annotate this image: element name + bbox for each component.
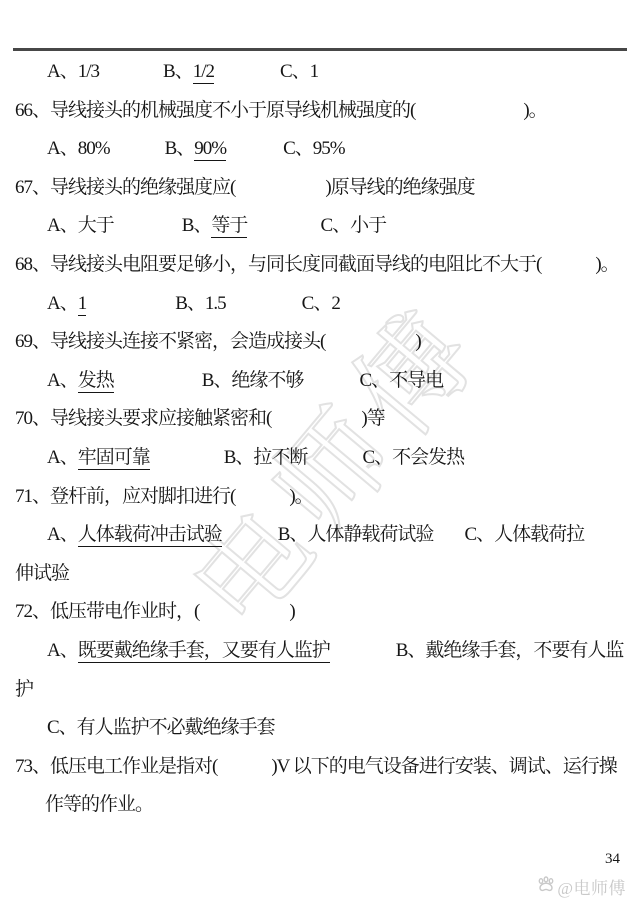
option-gap	[214, 72, 280, 73]
text-run: A、1/3	[47, 61, 99, 82]
text-run: B、	[163, 61, 193, 82]
options-line: A、80%B、90%C、95%	[15, 130, 640, 169]
option-gap	[247, 227, 320, 228]
corner-watermark: @电师傅	[537, 874, 626, 899]
text-run: B、拉不断	[224, 447, 308, 468]
options-line: A、既要戴绝缘手套，又要有人监护B、戴绝缘手套，不要有人监	[15, 632, 640, 671]
text-run: 67、导线接头的绝缘强度应( )原导线的绝缘强度	[15, 177, 475, 198]
option-gap	[433, 535, 464, 536]
text-run: 73、低压电工作业是指对( )V 以下的电气设备进行安装、调试、运行操	[15, 756, 617, 777]
question-line: 72、低压带电作业时，( )	[15, 593, 640, 632]
wrap-line: 伸试验	[15, 555, 640, 594]
question-line: 69、导线接头连接不紧密，会造成接头( )	[15, 323, 640, 362]
text-run: C、小于	[320, 215, 386, 236]
option-gap	[99, 72, 163, 73]
text-run: 70、导线接头要求应接触紧密和( )等	[15, 408, 385, 429]
paw-icon	[537, 876, 555, 897]
question-line: 71、登杆前，应对脚扣进行( )。	[15, 478, 640, 517]
text-run: C、人体载荷拉	[464, 524, 584, 545]
text-run: C、95%	[283, 138, 345, 159]
answer-underlined: 90%	[194, 138, 226, 161]
text-run: 护	[15, 679, 33, 700]
text-run: C、不导电	[359, 370, 443, 391]
option-gap	[303, 381, 359, 382]
text-run: A、大于	[47, 215, 114, 236]
answer-underlined: 1/2	[193, 61, 214, 84]
wrap-line: 护	[15, 671, 640, 710]
option-gap	[226, 304, 302, 305]
answer-underlined: 牢固可靠	[78, 447, 150, 470]
text-run: A、	[47, 524, 78, 545]
page-number: 34	[605, 851, 620, 868]
option-gap	[150, 458, 224, 459]
option-gap	[86, 304, 175, 305]
question-line: 67、导线接头的绝缘强度应( )原导线的绝缘强度	[15, 169, 640, 208]
wrap-indent-line: 作等的作业。	[15, 786, 640, 825]
text-run: A、	[47, 370, 78, 391]
options-line: A、1B、1.5C、2	[15, 285, 640, 324]
question-line: 73、低压电工作业是指对( )V 以下的电气设备进行安装、调试、运行操	[15, 748, 640, 787]
answer-underlined: 1	[78, 293, 87, 316]
text-run: 作等的作业。	[45, 794, 153, 815]
corner-watermark-text: @电师傅	[557, 874, 626, 899]
text-run: A、	[47, 447, 78, 468]
answer-underlined: 等于	[211, 215, 247, 238]
text-run: B、	[182, 215, 212, 236]
text-run: B、	[165, 138, 195, 159]
options-line: A、人体载荷冲击试验B、人体静载荷试验C、人体载荷拉	[15, 516, 640, 555]
text-run: B、人体静载荷试验	[278, 524, 434, 545]
text-run: A、80%	[47, 138, 110, 159]
options-line: A、牢固可靠B、拉不断C、不会发热	[15, 439, 640, 478]
option-gap	[114, 381, 202, 382]
option-gap	[330, 651, 396, 652]
options-line: C、有人监护不必戴绝缘手套	[15, 709, 640, 748]
text-run: 68、导线接头电阻要足够小，与同长度同截面导线的电阻比不大于( )。	[15, 254, 619, 275]
quiz-content: A、1/3B、1/2C、166、导线接头的机械强度不小于原导线机械强度的( )。…	[15, 53, 640, 825]
text-run: 伸试验	[15, 563, 69, 584]
document-page: { "page": { "number": "34", "watermark":…	[0, 0, 640, 909]
text-run: B、戴绝缘手套，不要有人监	[396, 640, 624, 661]
question-line: 70、导线接头要求应接触紧密和( )等	[15, 400, 640, 439]
answer-underlined: 人体载荷冲击试验	[78, 524, 222, 547]
options-line: A、发热B、绝缘不够C、不导电	[15, 362, 640, 401]
text-run: C、不会发热	[362, 447, 464, 468]
question-line: 68、导线接头电阻要足够小，与同长度同截面导线的电阻比不大于( )。	[15, 246, 640, 285]
option-gap	[226, 149, 283, 150]
text-run: B、1.5	[175, 293, 225, 314]
answer-underlined: 发热	[78, 370, 114, 393]
text-run: 71、登杆前，应对脚扣进行( )。	[15, 486, 313, 507]
question-line: 66、导线接头的机械强度不小于原导线机械强度的( )。	[15, 92, 640, 131]
text-run: C、1	[280, 61, 318, 82]
text-run: A、	[47, 640, 78, 661]
answer-underlined: 既要戴绝缘手套，又要有人监护	[78, 640, 330, 663]
text-run: B、绝缘不够	[202, 370, 304, 391]
option-gap	[222, 535, 278, 536]
options-line: A、大于B、等于C、小于	[15, 207, 640, 246]
option-gap	[110, 149, 165, 150]
text-run: 72、低压带电作业时，( )	[15, 601, 295, 622]
option-gap	[307, 458, 362, 459]
options-line: A、1/3B、1/2C、1	[15, 53, 640, 92]
text-run: C、有人监护不必戴绝缘手套	[47, 717, 275, 738]
header-rule	[13, 48, 627, 51]
text-run: C、2	[302, 293, 340, 314]
option-gap	[114, 227, 182, 228]
text-run: 66、导线接头的机械强度不小于原导线机械强度的( )。	[15, 100, 547, 121]
text-run: 69、导线接头连接不紧密，会造成接头( )	[15, 331, 421, 352]
text-run: A、	[47, 293, 78, 314]
